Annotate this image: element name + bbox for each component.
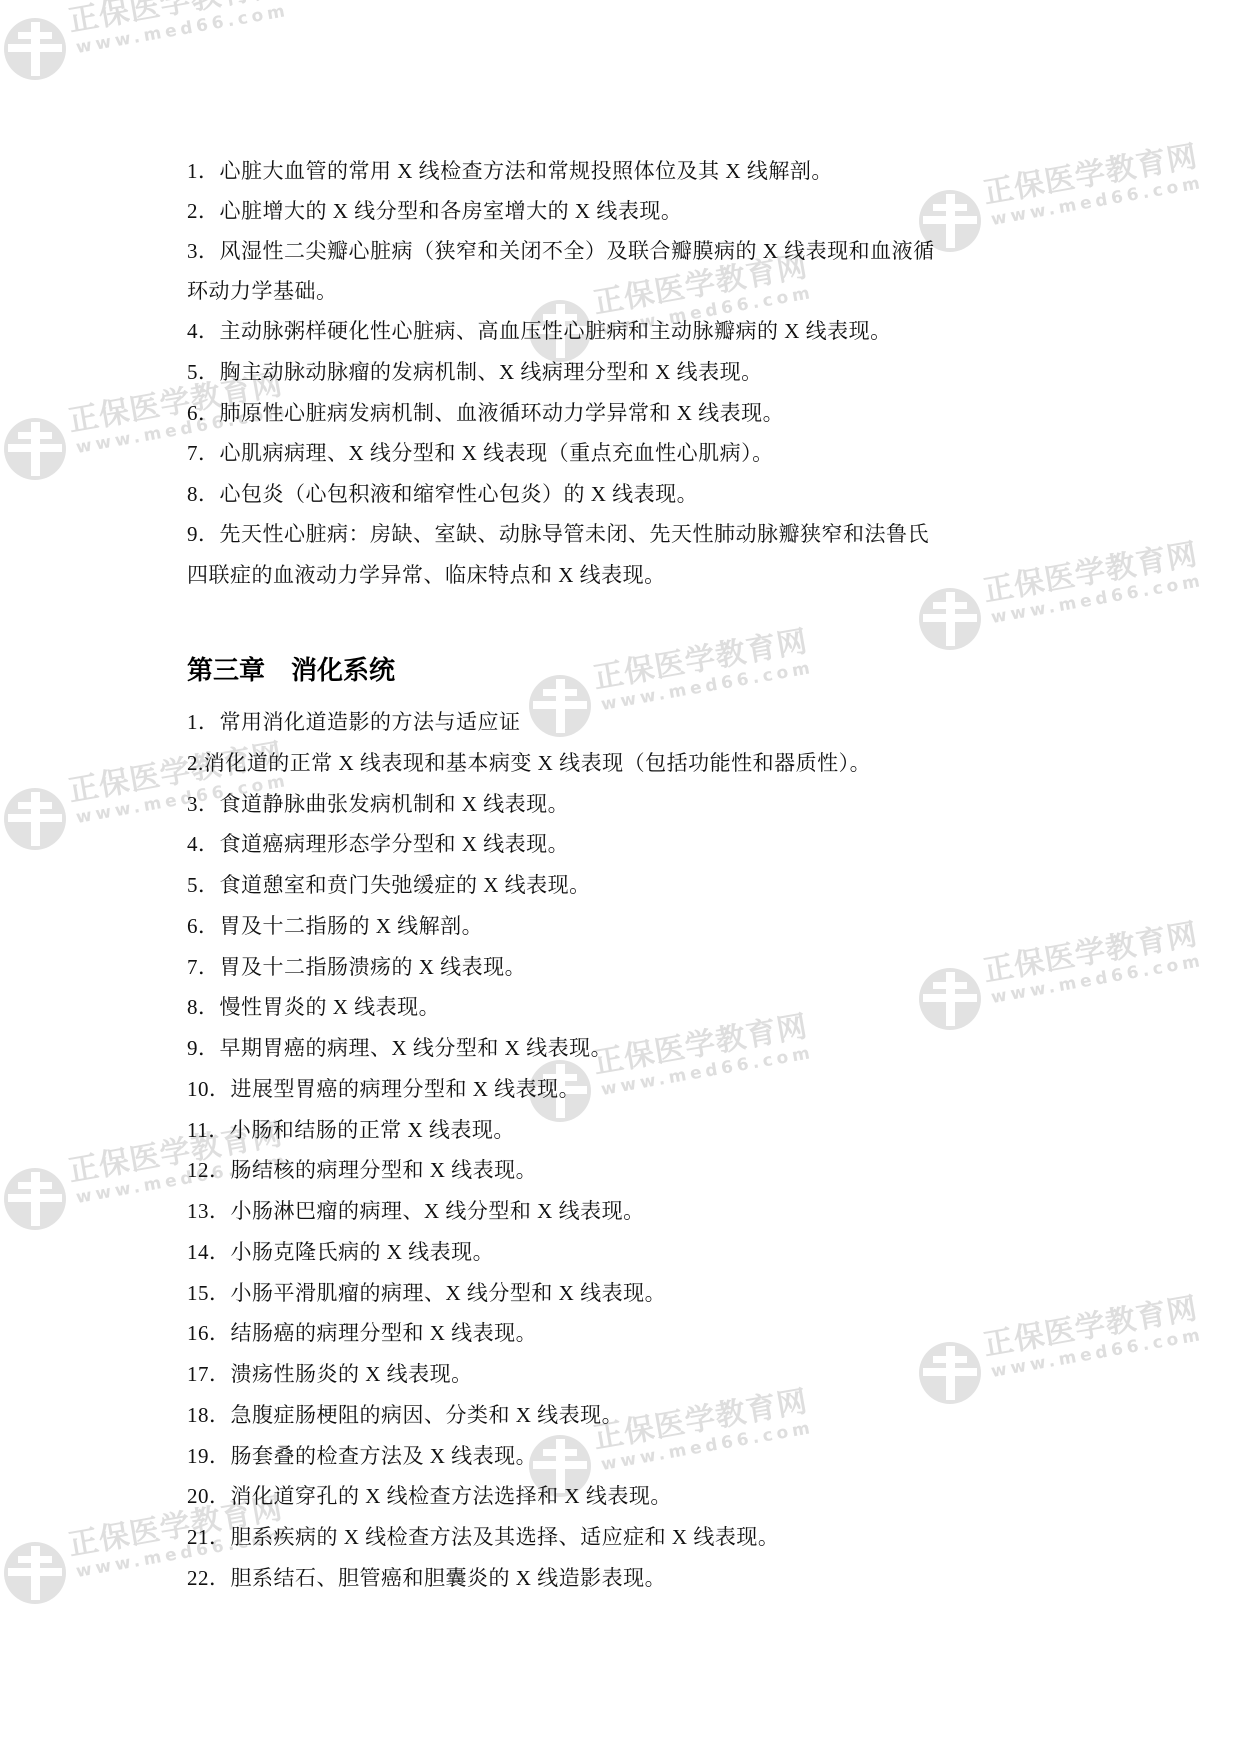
watermark: 正保医学教育网 www.med66.com bbox=[915, 160, 1185, 255]
watermark: 正保医学教育网 www.med66.com bbox=[0, 0, 270, 83]
list-item-continuation: 环动力学基础。 bbox=[187, 278, 338, 304]
watermark-logo-icon bbox=[919, 1342, 981, 1404]
list-item-continuation: 四联症的血液动力学异常、临床特点和 X 线表现。 bbox=[187, 562, 666, 588]
watermark-logo-icon bbox=[919, 588, 981, 650]
list-item: 6．肺原性心脏病发病机制、血液循环动力学异常和 X 线表现。 bbox=[187, 400, 784, 426]
list-item: 5．食道憩室和贲门失弛缓症的 X 线表现。 bbox=[187, 872, 591, 898]
watermark: 正保医学教育网 www.med66.com bbox=[915, 938, 1185, 1033]
watermark-logo-icon bbox=[919, 968, 981, 1030]
watermark-logo-icon bbox=[4, 1542, 66, 1604]
list-item: 4．主动脉粥样硬化性心脏病、高血压性心脏病和主动脉瓣病的 X 线表现。 bbox=[187, 318, 892, 344]
list-item: 14．小肠克隆氏病的 X 线表现。 bbox=[187, 1239, 494, 1265]
list-item: 7．胃及十二指肠溃疡的 X 线表现。 bbox=[187, 954, 526, 980]
chapter-heading: 第三章 消化系统 bbox=[187, 655, 395, 687]
watermark-logo-icon bbox=[529, 675, 591, 737]
list-item: 8．慢性胃炎的 X 线表现。 bbox=[187, 994, 440, 1020]
list-item: 20．消化道穿孔的 X 线检查方法选择和 X 线表现。 bbox=[187, 1483, 672, 1509]
watermark: 正保医学教育网 www.med66.com bbox=[525, 645, 795, 740]
list-item: 10．进展型胃癌的病理分型和 X 线表现。 bbox=[187, 1076, 580, 1102]
list-item: 21．胆系疾病的 X 线检查方法及其选择、适应症和 X 线表现。 bbox=[187, 1524, 779, 1550]
list-item: 6．胃及十二指肠的 X 线解剖。 bbox=[187, 913, 483, 939]
list-item: 8．心包炎（心包积液和缩窄性心包炎）的 X 线表现。 bbox=[187, 481, 698, 507]
list-item: 3．风湿性二尖瓣心脏病（狭窄和关闭不全）及联合瓣膜病的 X 线表现和血液循 bbox=[187, 238, 935, 264]
list-item: 9．早期胃癌的病理、X 线分型和 X 线表现。 bbox=[187, 1035, 612, 1061]
list-item: 1．心脏大血管的常用 X 线检查方法和常规投照体位及其 X 线解剖。 bbox=[187, 158, 833, 184]
list-item: 7．心肌病病理、X 线分型和 X 线表现（重点充血性心肌病）。 bbox=[187, 440, 774, 466]
list-item: 17．溃疡性肠炎的 X 线表现。 bbox=[187, 1361, 473, 1387]
watermark-logo-icon bbox=[4, 418, 66, 480]
list-item: 12．肠结核的病理分型和 X 线表现。 bbox=[187, 1157, 537, 1183]
list-item: 9．先天性心脏病：房缺、室缺、动脉导管未闭、先天性肺动脉瓣狭窄和法鲁氏 bbox=[187, 521, 929, 547]
list-item: 11．小肠和结肠的正常 X 线表现。 bbox=[187, 1117, 515, 1143]
watermark-logo-icon bbox=[4, 788, 66, 850]
list-item: 22．胆系结石、胆管癌和胆囊炎的 X 线造影表现。 bbox=[187, 1565, 666, 1591]
list-item: 18．急腹症肠梗阻的病因、分类和 X 线表现。 bbox=[187, 1402, 623, 1428]
list-item: 5．胸主动脉动脉瘤的发病机制、X 线病理分型和 X 线表现。 bbox=[187, 359, 763, 385]
list-item: 16．结肠癌的病理分型和 X 线表现。 bbox=[187, 1320, 537, 1346]
watermark-logo-icon bbox=[4, 18, 66, 80]
list-item: 15．小肠平滑肌瘤的病理、X 线分型和 X 线表现。 bbox=[187, 1280, 666, 1306]
watermark: 正保医学教育网 www.med66.com bbox=[915, 558, 1185, 653]
list-item: 2.消化道的正常 X 线表现和基本病变 X 线表现（包括功能性和器质性）。 bbox=[187, 750, 871, 776]
list-item: 1．常用消化道造影的方法与适应证 bbox=[187, 709, 521, 735]
list-item: 13．小肠淋巴瘤的病理、X 线分型和 X 线表现。 bbox=[187, 1198, 645, 1224]
list-item: 3．食道静脉曲张发病机制和 X 线表现。 bbox=[187, 791, 569, 817]
list-item: 19．肠套叠的检查方法及 X 线表现。 bbox=[187, 1443, 537, 1469]
watermark: 正保医学教育网 www.med66.com bbox=[915, 1312, 1185, 1407]
watermark-logo-icon bbox=[4, 1168, 66, 1230]
list-item: 2．心脏增大的 X 线分型和各房室增大的 X 线表现。 bbox=[187, 198, 682, 224]
list-item: 4．食道癌病理形态学分型和 X 线表现。 bbox=[187, 831, 569, 857]
